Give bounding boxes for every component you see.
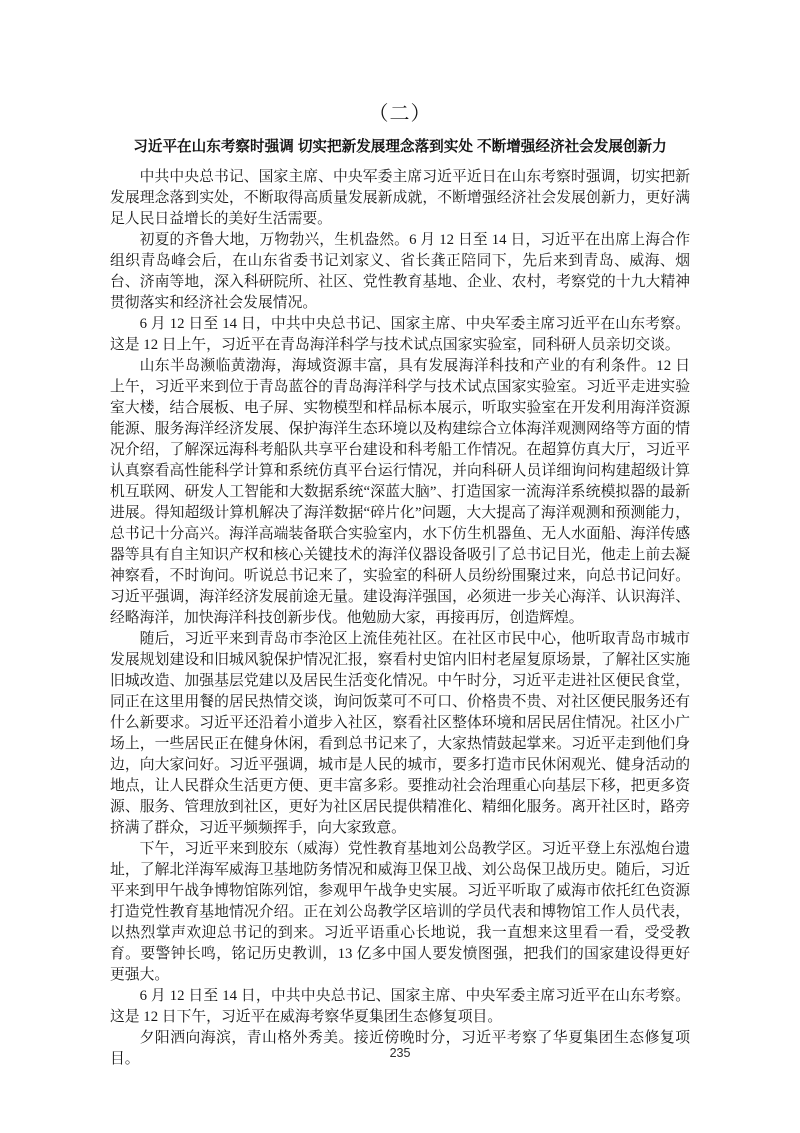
- article-body: 中共中央总书记、国家主席、中央军委主席习近平近日在山东考察时强调，切实把新发展理…: [110, 167, 690, 1070]
- paragraph-6: 下午，习近平来到胶东（威海）党性教育基地刘公岛教学区。习近平登上东泓炮台遗址，了…: [110, 839, 690, 986]
- paragraph-4: 山东半岛濒临黄渤海，海域资源丰富，具有发展海洋科技和产业的有利条件。12 日上午…: [110, 356, 690, 629]
- paragraph-5: 随后，习近平来到青岛市李沧区上流佳苑社区。在社区市民中心，他听取青岛市城市发展规…: [110, 629, 690, 839]
- paragraph-7: 6 月 12 日至 14 日，中共中央总书记、国家主席、中央军委主席习近平在山东…: [110, 986, 690, 1028]
- page-content: （二） 习近平在山东考察时强调 切实把新发展理念落到实处 不断增强经济社会发展创…: [110, 103, 690, 1070]
- paragraph-1: 中共中央总书记、国家主席、中央军委主席习近平近日在山东考察时强调，切实把新发展理…: [110, 167, 690, 230]
- page-number: 235: [0, 1046, 800, 1060]
- paragraph-3: 6 月 12 日至 14 日，中共中央总书记、国家主席、中央军委主席习近平在山东…: [110, 314, 690, 356]
- section-number: （二）: [110, 103, 690, 125]
- article-headline: 习近平在山东考察时强调 切实把新发展理念落到实处 不断增强经济社会发展创新力: [110, 138, 690, 156]
- paragraph-2: 初夏的齐鲁大地，万物勃兴，生机盎然。6 月 12 日至 14 日，习近平在出席上…: [110, 230, 690, 314]
- document-page: （二） 习近平在山东考察时强调 切实把新发展理念落到实处 不断增强经济社会发展创…: [0, 0, 800, 1133]
